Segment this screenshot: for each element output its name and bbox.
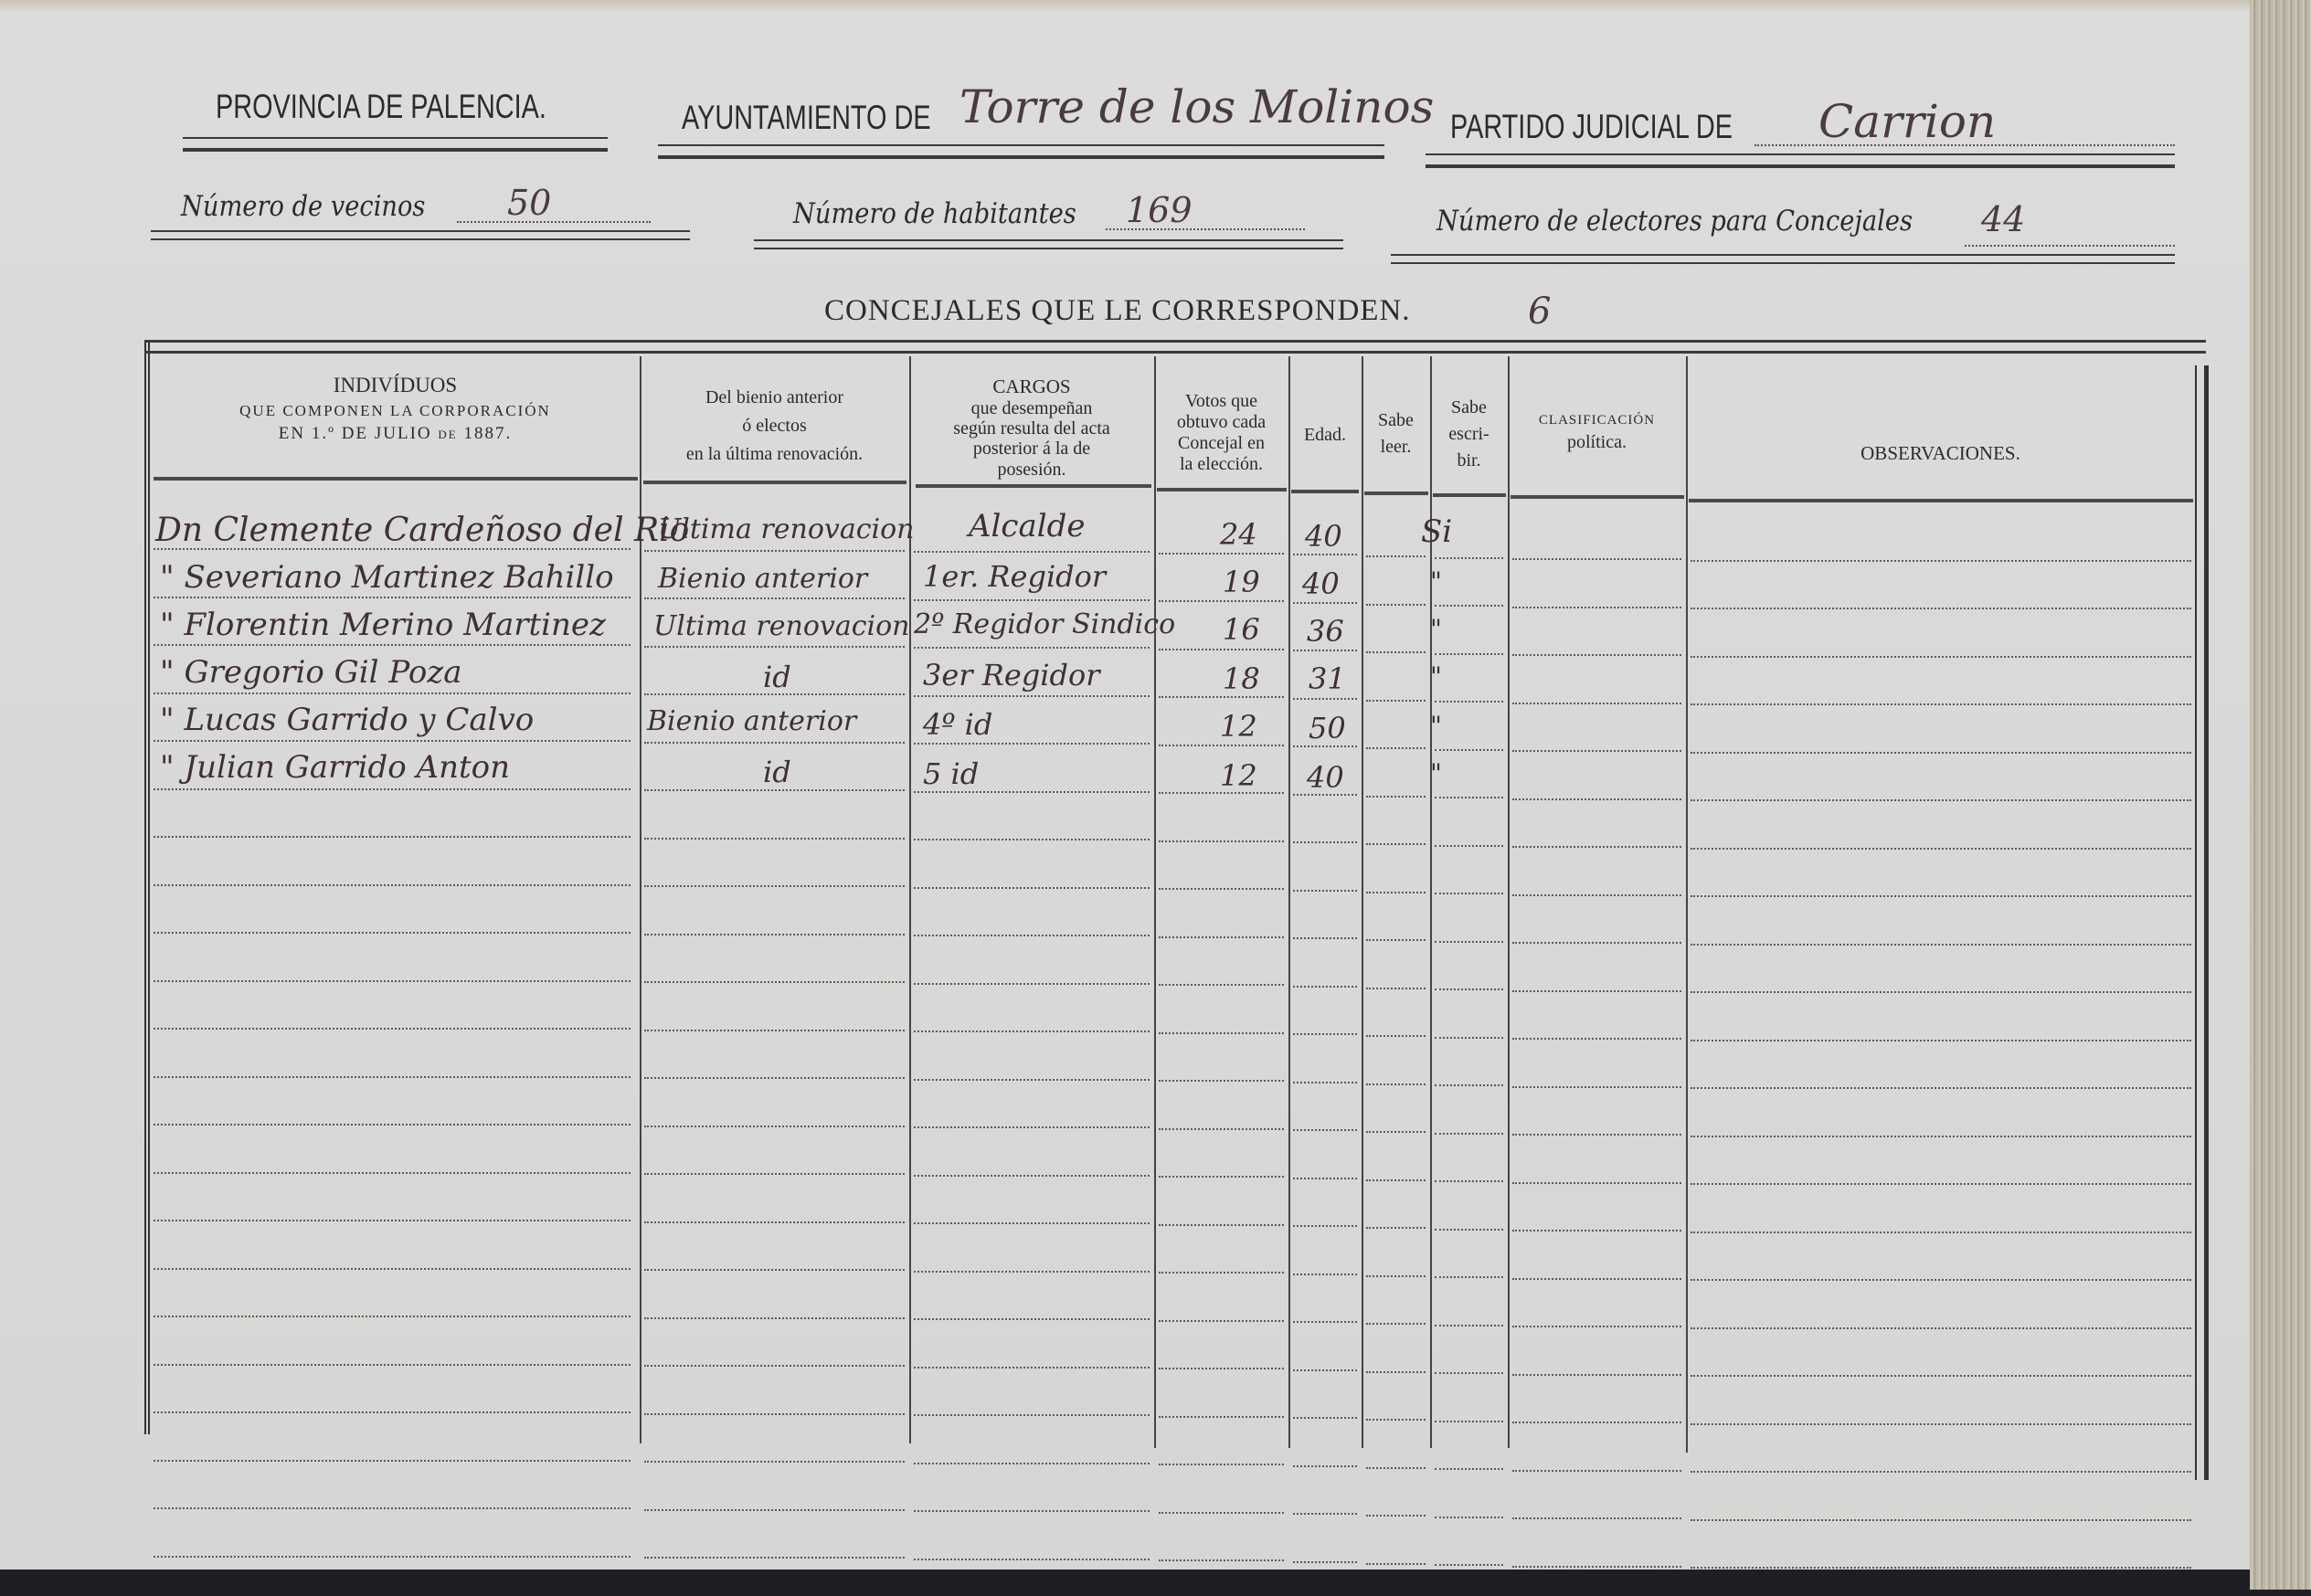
row-rule — [1512, 1230, 1681, 1231]
row-rule — [154, 1364, 631, 1366]
col-header-line: Concejal en — [1154, 433, 1288, 454]
col-header-sabe-leer: Sabe leer. — [1362, 407, 1430, 460]
partido-rule — [1426, 153, 2175, 168]
cell-votos: 16 — [1223, 612, 1260, 647]
row-rule — [644, 1221, 905, 1223]
col-header-line: OBSERVACIONES. — [1686, 443, 2195, 464]
row-rule — [1159, 649, 1284, 650]
row-rule — [1435, 1564, 1503, 1566]
col-divider — [1288, 356, 1290, 1448]
row-rule — [1293, 745, 1357, 747]
row-rule — [914, 1031, 1150, 1032]
row-rule — [914, 1126, 1150, 1128]
row-rule — [644, 1030, 905, 1031]
row-rule — [1293, 937, 1357, 939]
electores-label: Número de electores para Concejales — [1436, 205, 1913, 238]
col-header-line: leer. — [1362, 434, 1430, 460]
row-rule — [644, 1317, 905, 1319]
ayuntamiento-label: AYUNTAMIENTO DE — [682, 99, 931, 137]
row-rule — [1366, 892, 1426, 893]
row-rule — [1435, 1468, 1503, 1470]
row-rule — [1512, 607, 1681, 608]
row-rule — [1512, 894, 1681, 896]
row-rule — [1159, 1416, 1284, 1418]
row-rule — [1435, 1276, 1503, 1278]
row-rule — [1293, 1321, 1357, 1323]
row-rule — [1293, 1082, 1357, 1083]
row-rule — [1435, 653, 1503, 655]
header-separator — [1364, 491, 1428, 495]
row-rule — [1159, 1464, 1284, 1465]
col-header-line: INDIVÍDUOS — [151, 375, 640, 397]
row-rule — [154, 1556, 631, 1558]
row-rule — [1293, 1129, 1357, 1131]
row-rule — [644, 981, 905, 983]
row-rule — [1366, 700, 1426, 702]
col-header-sabe-escribir: Sabe escri- bir. — [1430, 395, 1508, 474]
cell-bienio: id — [763, 755, 791, 789]
book-page-edges — [2250, 0, 2311, 1590]
row-rule — [914, 839, 1150, 840]
row-rule — [644, 1413, 905, 1415]
row-rule — [1691, 1423, 2191, 1425]
row-rule — [644, 550, 905, 552]
cell-edad: 31 — [1309, 661, 1346, 696]
row-rule — [914, 1367, 1150, 1369]
row-rule — [1293, 1465, 1357, 1467]
row-rule — [644, 1557, 905, 1559]
cell-nombre: " Lucas Garrido y Calvo — [160, 702, 534, 738]
row-rule — [1159, 1368, 1284, 1369]
row-rule — [914, 647, 1150, 649]
row-rule — [1366, 1131, 1426, 1133]
row-rule — [1366, 1179, 1426, 1181]
row-rule — [1512, 654, 1681, 656]
cell-edad: 40 — [1307, 760, 1344, 795]
row-rule — [1512, 1086, 1681, 1088]
cell-bienio: Bienio anterior — [658, 563, 867, 595]
row-rule — [1435, 1229, 1503, 1231]
col-header-edad: Edad. — [1288, 426, 1362, 446]
row-rule — [1691, 1327, 2191, 1329]
row-rule — [1512, 703, 1681, 704]
row-rule — [1293, 554, 1357, 555]
row-rule — [1159, 1128, 1284, 1130]
col-header-line: Sabe — [1430, 395, 1508, 421]
header-separator — [1291, 490, 1359, 493]
row-rule — [1366, 1323, 1426, 1325]
cell-nombre: " Gregorio Gil Poza — [160, 654, 462, 691]
row-rule — [1691, 1519, 2191, 1521]
row-rule — [644, 646, 905, 648]
cell-edad: 50 — [1309, 711, 1346, 745]
row-rule — [1159, 696, 1284, 698]
col-header-line: CARGOS — [909, 376, 1154, 398]
partido-value: Carrion — [1818, 95, 1996, 148]
cell-escribir: " — [1430, 661, 1442, 692]
row-rule — [644, 838, 905, 840]
row-rule — [1293, 1225, 1357, 1227]
partido-dotline — [1754, 144, 2175, 146]
row-rule — [1691, 1087, 2191, 1089]
col-header-line: bir. — [1430, 448, 1508, 474]
row-rule — [1159, 1176, 1284, 1178]
habitantes-dotline — [1106, 228, 1305, 230]
row-rule — [154, 1316, 631, 1317]
row-rule — [1435, 845, 1503, 847]
col-header-cargos: CARGOS que desempeñan según resulta del … — [909, 376, 1154, 480]
col-divider — [1508, 356, 1510, 1448]
row-rule — [914, 1079, 1150, 1081]
row-rule — [1435, 701, 1503, 703]
row-rule — [154, 932, 631, 934]
row-rule — [154, 692, 631, 694]
row-rule — [644, 1173, 905, 1175]
row-rule — [1512, 750, 1681, 752]
row-rule — [154, 980, 631, 982]
row-rule — [1691, 895, 2191, 897]
row-rule — [1435, 605, 1503, 607]
col-header-individuos: INDIVÍDUOS QUE COMPONEN LA CORPORACIÓN E… — [151, 375, 640, 444]
row-rule — [1691, 1136, 2191, 1137]
row-rule — [154, 597, 631, 598]
row-rule — [1435, 1180, 1503, 1182]
row-rule — [1512, 1278, 1681, 1280]
row-rule — [644, 1269, 905, 1271]
row-rule — [1691, 752, 2191, 754]
row-rule — [644, 742, 905, 744]
header-separator — [643, 481, 906, 484]
row-rule — [154, 740, 631, 742]
row-rule — [644, 885, 905, 887]
row-rule — [1435, 1325, 1503, 1326]
cell-cargo: Alcalde — [969, 508, 1086, 544]
habitantes-rule — [754, 239, 1343, 249]
row-rule — [914, 887, 1150, 889]
col-header-line: obtuvo cada — [1154, 412, 1288, 433]
cell-cargo: 4º id — [923, 707, 992, 742]
row-rule — [1366, 1083, 1426, 1085]
row-rule — [1512, 798, 1681, 800]
row-rule — [1159, 1032, 1284, 1034]
row-rule — [1691, 1231, 2191, 1233]
row-rule — [1691, 1471, 2191, 1473]
row-rule — [1366, 1515, 1426, 1517]
header-separator — [1433, 493, 1506, 497]
cell-nombre: " Julian Garrido Anton — [160, 749, 510, 786]
row-rule — [1435, 1517, 1503, 1518]
col-divider — [1362, 356, 1363, 1448]
row-rule — [914, 1318, 1150, 1320]
row-rule — [1159, 936, 1284, 938]
row-rule — [154, 1076, 631, 1078]
row-rule — [1691, 799, 2191, 801]
col-header-votos: Votos que obtuvo cada Concejal en la ele… — [1154, 391, 1288, 475]
row-rule — [154, 644, 631, 646]
vecinos-rule — [151, 230, 690, 240]
row-rule — [1159, 888, 1284, 890]
row-rule — [1366, 796, 1426, 798]
row-rule — [1293, 890, 1357, 892]
row-rule — [1293, 1274, 1357, 1275]
header-separator — [1157, 488, 1287, 491]
cell-bienio: id — [763, 660, 791, 694]
col-header-line: Votos que — [1154, 391, 1288, 412]
row-rule — [644, 1461, 905, 1463]
row-rule — [1691, 1567, 2191, 1569]
row-rule — [644, 1365, 905, 1367]
row-rule — [154, 1460, 631, 1462]
row-rule — [1159, 553, 1284, 555]
row-rule — [154, 1172, 631, 1174]
table-top-rule — [144, 340, 2206, 354]
row-rule — [1366, 1419, 1426, 1421]
section-title-value: 6 — [1528, 291, 1551, 333]
row-rule — [1293, 602, 1357, 604]
habitantes-label: Número de habitantes — [793, 197, 1076, 230]
vecinos-label: Número de vecinos — [181, 190, 425, 223]
cell-nombre: Dn Clemente Cardeñoso del Rio — [155, 512, 689, 549]
row-rule — [644, 1126, 905, 1127]
ayuntamiento-rule — [658, 144, 1384, 159]
row-rule — [1366, 651, 1426, 653]
row-rule — [1366, 1467, 1426, 1469]
row-rule — [1691, 560, 2191, 562]
ayuntamiento-value: Torre de los Molinos — [959, 80, 1434, 133]
cell-bienio: Ultima renovacion — [658, 513, 915, 545]
col-divider — [1686, 356, 1688, 1453]
row-rule — [1366, 1563, 1426, 1565]
row-rule — [1159, 840, 1284, 842]
row-rule — [644, 789, 905, 791]
provincia-rule — [183, 137, 608, 152]
row-rule — [914, 1510, 1150, 1512]
row-rule — [1435, 1421, 1503, 1422]
row-rule — [1159, 1512, 1284, 1514]
row-rule — [1512, 846, 1681, 848]
row-rule — [1691, 1375, 2191, 1377]
col-header-line: QUE COMPONEN LA CORPORACIÓN — [151, 403, 640, 419]
row-rule — [1512, 990, 1681, 992]
row-rule — [914, 1463, 1150, 1464]
row-rule — [1366, 1227, 1426, 1229]
table-right-border — [2195, 365, 2209, 1480]
row-rule — [914, 935, 1150, 936]
row-rule — [1293, 1369, 1357, 1371]
row-rule — [914, 1175, 1150, 1177]
row-rule — [1293, 1178, 1357, 1179]
row-rule — [1293, 841, 1357, 843]
cell-edad: 36 — [1307, 614, 1344, 649]
row-rule — [1366, 988, 1426, 989]
row-rule — [1691, 703, 2191, 705]
row-rule — [154, 1028, 631, 1030]
cell-bienio: Bienio anterior — [647, 705, 856, 737]
col-header-line: escri- — [1430, 421, 1508, 448]
col-header-line: posterior á la de — [909, 439, 1154, 459]
row-rule — [1691, 608, 2191, 609]
row-rule — [1293, 698, 1357, 700]
row-rule — [1691, 1279, 2191, 1281]
row-rule — [1435, 1133, 1503, 1135]
row-rule — [1435, 893, 1503, 894]
header-separator — [916, 484, 1151, 488]
col-header-line: Sabe — [1362, 407, 1430, 434]
row-rule — [1366, 747, 1426, 749]
row-rule — [1366, 1035, 1426, 1037]
col-header-bienio: Del bienio anterior ó electos en la últi… — [640, 384, 909, 469]
partido-label: PARTIDO JUDICIAL DE — [1450, 108, 1733, 146]
col-header-line: Del bienio anterior — [640, 384, 909, 412]
col-header-line: ó electos — [640, 412, 909, 440]
row-rule — [154, 1268, 631, 1270]
col-header-line: posesión. — [909, 460, 1154, 480]
row-rule — [1366, 555, 1426, 557]
cell-cargo: 2º Regidor Sindico — [914, 608, 1175, 640]
header-separator — [1511, 495, 1684, 499]
header-separator — [1689, 499, 2193, 502]
cell-escribir: " — [1430, 758, 1442, 788]
row-rule — [154, 884, 631, 886]
row-rule — [1366, 604, 1426, 606]
concejales-table — [144, 340, 2208, 1434]
row-rule — [914, 599, 1150, 601]
cell-edad: 40 — [1302, 566, 1340, 601]
row-rule — [154, 1411, 631, 1413]
row-rule — [1159, 600, 1284, 602]
cell-votos: 12 — [1220, 758, 1257, 793]
row-rule — [1512, 1326, 1681, 1327]
cell-escribir: Si — [1421, 513, 1452, 550]
row-rule — [154, 1507, 631, 1509]
row-rule — [1691, 991, 2191, 993]
row-rule — [914, 1414, 1150, 1416]
col-header-line: CLASIFICACIÓN — [1508, 413, 1686, 428]
row-rule — [1366, 1275, 1426, 1277]
row-rule — [644, 1077, 905, 1079]
row-rule — [1435, 941, 1503, 943]
row-rule — [1366, 1371, 1426, 1373]
row-rule — [1435, 1372, 1503, 1374]
electores-value: 44 — [1981, 199, 2025, 239]
cell-escribir: " — [1430, 711, 1442, 741]
col-header-clasificacion: CLASIFICACIÓN política. — [1508, 413, 1686, 453]
row-rule — [644, 1509, 905, 1511]
row-rule — [154, 1220, 631, 1221]
row-rule — [1435, 1084, 1503, 1086]
row-rule — [914, 1559, 1150, 1560]
col-header-line: política. — [1508, 433, 1686, 453]
col-divider — [1154, 356, 1156, 1448]
row-rule — [1435, 749, 1503, 751]
provincia-label: PROVINCIA DE PALENCIA. — [216, 88, 546, 126]
cell-cargo: 5 id — [923, 756, 979, 791]
cell-escribir: " — [1430, 566, 1442, 597]
row-rule — [1512, 1134, 1681, 1136]
cell-edad: 40 — [1305, 519, 1342, 554]
row-rule — [1435, 557, 1503, 559]
row-rule — [1159, 984, 1284, 986]
row-rule — [914, 1222, 1150, 1224]
electores-dotline — [1965, 245, 2175, 247]
vecinos-dotline — [457, 221, 651, 223]
row-rule — [1159, 1224, 1284, 1226]
col-header-line: EN 1.º DE JULIO de 1887. — [151, 425, 640, 444]
row-rule — [1512, 1422, 1681, 1423]
row-rule — [1159, 1080, 1284, 1082]
section-title: CONCEJALES QUE LE CORRESPONDEN. — [824, 294, 1411, 328]
row-rule — [154, 836, 631, 838]
row-rule — [1435, 988, 1503, 990]
row-rule — [1691, 848, 2191, 850]
row-rule — [1366, 939, 1426, 941]
row-rule — [1691, 944, 2191, 946]
header-separator — [154, 477, 638, 481]
cell-nombre: " Florentin Merino Martinez — [160, 607, 606, 643]
col-header-line: Edad. — [1288, 426, 1362, 446]
row-rule — [1691, 1040, 2191, 1041]
row-rule — [1512, 942, 1681, 944]
col-header-line: según resulta del acta — [909, 418, 1154, 439]
row-rule — [644, 934, 905, 935]
row-rule — [1293, 650, 1357, 651]
row-rule — [1159, 1559, 1284, 1561]
row-rule — [1435, 797, 1503, 798]
row-rule — [1512, 558, 1681, 560]
col-header-line: que desempeñan — [909, 398, 1154, 418]
row-rule — [1512, 1038, 1681, 1040]
row-rule — [154, 788, 631, 790]
row-rule — [1159, 1320, 1284, 1322]
row-rule — [914, 1271, 1150, 1273]
row-rule — [644, 597, 905, 599]
row-rule — [1293, 1417, 1357, 1419]
row-rule — [1691, 1183, 2191, 1185]
row-rule — [914, 551, 1150, 553]
row-rule — [1159, 1272, 1284, 1274]
row-rule — [914, 983, 1150, 985]
row-rule — [1691, 656, 2191, 658]
vecinos-value: 50 — [507, 183, 551, 223]
row-rule — [1293, 1033, 1357, 1035]
row-rule — [1512, 1470, 1681, 1472]
row-rule — [1293, 1513, 1357, 1515]
row-rule — [1512, 1182, 1681, 1184]
electores-rule — [1391, 254, 2175, 264]
row-rule — [1435, 1037, 1503, 1039]
row-rule — [1512, 1517, 1681, 1519]
cell-cargo: 3er Regidor — [923, 658, 1100, 692]
row-rule — [1512, 1374, 1681, 1376]
cell-votos: 12 — [1220, 709, 1257, 744]
col-header-observaciones: OBSERVACIONES. — [1686, 443, 2195, 464]
row-rule — [154, 1124, 631, 1126]
row-rule — [1512, 1566, 1681, 1568]
cell-bienio: Ultima renovacion — [653, 610, 910, 642]
cell-votos: 18 — [1223, 661, 1260, 696]
row-rule — [1366, 843, 1426, 845]
row-rule — [1293, 1561, 1357, 1563]
cell-nombre: " Severiano Martinez Bahillo — [160, 559, 614, 596]
row-rule — [914, 743, 1150, 745]
row-rule — [1293, 986, 1357, 988]
cell-escribir: " — [1430, 614, 1442, 644]
col-header-line: la elección. — [1154, 454, 1288, 475]
cell-votos: 24 — [1220, 517, 1257, 552]
habitantes-value: 169 — [1126, 190, 1193, 230]
page-top-edge — [0, 0, 2257, 13]
col-header-line: en la última renovación. — [640, 440, 909, 469]
